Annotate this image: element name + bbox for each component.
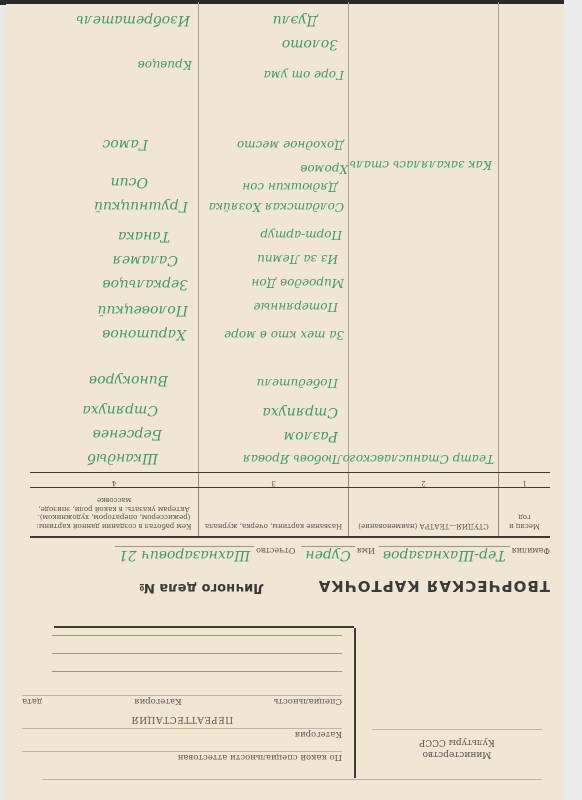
creative-card-document: Министерство Культуры СССР По какой спец…	[6, 4, 564, 800]
attestation-question-label: По какой специальности аттестован	[178, 752, 342, 762]
column-film: Любовь Яровая Разлом Стряпуха Победители…	[198, 2, 348, 472]
header-vertical-divider	[354, 628, 356, 778]
column-number-2: 2	[348, 473, 498, 487]
surname-value: Тер-Шахназаров	[379, 546, 510, 563]
patronymic-value: Шахназарович 21	[115, 546, 254, 563]
column-month-year	[498, 2, 550, 472]
studio-entry: Театр Станиславского	[343, 452, 494, 466]
film-10: Солдатская Хозяйка	[209, 200, 344, 214]
top-rule	[42, 779, 542, 780]
header-studio-theatre: СТУДИЯ—ТЕАТРА (наименование)	[348, 488, 498, 536]
film-9: Порт-артур	[260, 228, 342, 242]
category-row: Категория	[22, 728, 342, 747]
column-number-1: 1	[498, 473, 550, 487]
category2-label: Категория	[134, 696, 181, 706]
attestation-question-row: По какой специальности аттестован	[22, 751, 342, 770]
role-6: Половецкий	[97, 302, 188, 318]
film-1: Любовь Яровая	[243, 452, 342, 466]
role-12: Хромов	[300, 162, 348, 176]
film-15: Золото	[282, 36, 338, 52]
first-name-label: Имя	[357, 546, 375, 555]
role-5: Харитонов	[102, 326, 186, 342]
film-4: Победители	[257, 376, 338, 390]
role-16: Изобретатель	[76, 12, 190, 28]
table-body: Театр Станиславского Как закалялась стал…	[30, 2, 550, 472]
category-label: Категория	[295, 729, 342, 739]
role-9: Танака	[118, 228, 170, 244]
film-6: Потерянные	[254, 300, 338, 314]
date-label: дата	[22, 696, 42, 706]
header-film-title: Название картины, очерка, журнала	[198, 488, 348, 536]
film-2: Разлом	[284, 428, 338, 444]
column-number-4: 4	[30, 473, 198, 487]
patronymic-label: Отчество	[256, 546, 295, 555]
work-history-table: Месяц и год СТУДИЯ—ТЕАТРА (наименование)…	[30, 2, 550, 538]
film-3: Стряпуха	[262, 404, 338, 420]
name-row: Фамилия Тер-Шахназаров Имя Сурен Отчеств…	[40, 546, 550, 568]
ministry-line-2: Культуры СССР	[372, 736, 542, 748]
blank-line-1	[52, 671, 342, 672]
card-title: ТВОРЧЕСКАЯ КАРТОЧКА	[318, 577, 550, 595]
reattestation-title: ПЕРЕАТТЕСТАЦИЯ	[22, 714, 342, 724]
role-14: Кривцов	[138, 58, 192, 72]
role-3: Стряпуха	[82, 402, 158, 418]
role-7: Зеркальцов	[102, 276, 188, 292]
role-1: Шкандыб	[87, 450, 158, 466]
role-8: Саламея	[113, 252, 178, 268]
personal-file-number-label: Личного дела №	[139, 580, 264, 595]
ministry-rule	[372, 729, 542, 730]
first-name-value: Сурен	[301, 546, 354, 563]
blank-line-3	[52, 635, 342, 636]
column-role: Шкандыб Берсенев Стряпуха Винокуров Хари…	[30, 2, 198, 472]
role-11: Осип	[111, 174, 148, 190]
film-13: Горе от ума	[264, 68, 344, 82]
column-studio: Театр Станиславского Как закалялась стал…	[348, 2, 498, 472]
column-number-3: 3	[198, 473, 348, 487]
film-16: Дуэли	[273, 12, 318, 28]
attestation-block: По какой специальности аттестован Катего…	[22, 691, 342, 770]
film-7: Мироедов Дон	[251, 276, 344, 290]
role-10: Грушницкий	[94, 198, 188, 214]
scan-right-margin	[564, 0, 582, 800]
specialty-label: Специальность	[274, 696, 342, 706]
ministry-line-1: Министерство	[372, 748, 542, 760]
film-5: За тех кто в море	[224, 328, 344, 342]
role-2: Берсенев	[93, 426, 162, 442]
film-12: Доходное место	[237, 138, 344, 152]
role-13: Гамос	[103, 136, 149, 152]
film-11: Дядюшкин сон	[242, 180, 338, 194]
blank-line-2	[52, 653, 342, 654]
column-number-row: 1 2 3 4	[30, 472, 550, 487]
reattestation-row: Специальность Категория дата	[22, 695, 342, 714]
header-bottom-rule	[54, 626, 354, 628]
film-8: Из за Лемпи	[257, 252, 338, 266]
header-role: Кем работал в создании данной картины: (…	[30, 488, 198, 536]
ministry-header: Министерство Культуры СССР	[372, 736, 542, 760]
role-4: Винокуров	[89, 372, 168, 388]
header-month-year: Месяц и год	[498, 488, 550, 536]
surname-label: Фамилия	[512, 546, 550, 555]
studio-entry-2: Как закалялась сталь	[350, 158, 492, 172]
table-header: Месяц и год СТУДИЯ—ТЕАТРА (наименование)…	[30, 487, 550, 538]
